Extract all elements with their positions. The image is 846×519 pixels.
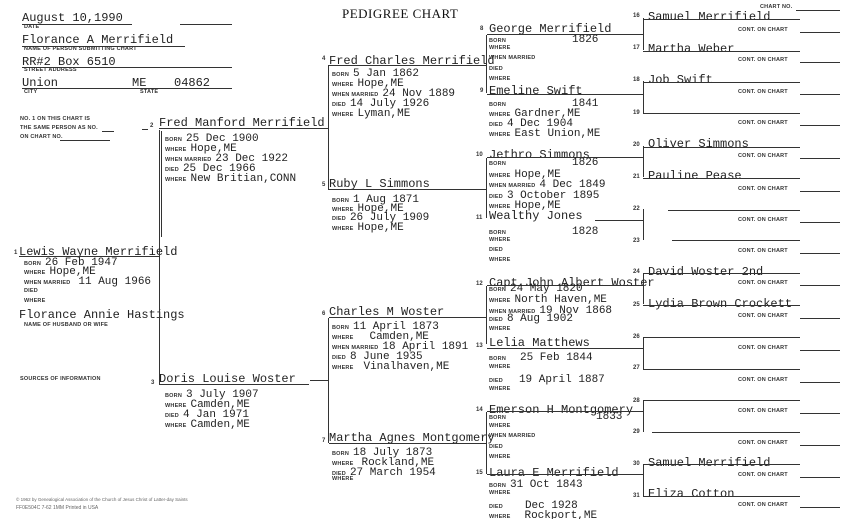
person-1-married[interactable]: 11 Aug 1966 <box>74 276 151 288</box>
spouse-label: NAME OF HUSBAND OR WIFE <box>24 322 108 328</box>
page-title: PEDIGREE CHART <box>342 6 458 22</box>
person-25-name[interactable]: Lydia Brown Crockett <box>648 297 792 311</box>
city-label: CITY <box>24 89 37 95</box>
person-13-born[interactable]: 25 Feb 1844 <box>510 352 593 364</box>
date-label: DATE <box>24 24 39 30</box>
person-13-died[interactable]: 19 April 1887 <box>507 374 605 386</box>
sources-label[interactable]: SOURCES OF INFORMATION <box>20 376 101 382</box>
submitter-name[interactable]: Florance A Merrifield <box>22 33 173 47</box>
person-30-name[interactable]: Samuel Merrifield <box>648 456 770 470</box>
state-label: STATE <box>140 89 158 95</box>
person-14-born[interactable]: 1833 <box>510 411 622 423</box>
person-4-where-died[interactable]: Lyman,ME <box>357 108 410 120</box>
chart-no-field[interactable] <box>796 10 840 11</box>
person-number: 1 <box>14 250 17 256</box>
person-3-where-died[interactable]: Camden,ME <box>190 419 249 431</box>
submitter-name-label: NAME OF PERSON SUBMITTING CHART <box>24 46 137 52</box>
person-18-name[interactable]: Job Swift <box>648 73 713 87</box>
person-7-died[interactable]: 27 March 1954 <box>350 467 436 479</box>
person-11-name[interactable]: Wealthy Jones <box>489 209 583 223</box>
person-8-born[interactable]: 1826 <box>510 34 598 46</box>
person-31-name[interactable]: Eliza Cotton <box>648 487 734 501</box>
street-label: STREET ADDRESS <box>24 67 77 73</box>
person-6-where-died[interactable]: Vinalhaven,ME <box>357 361 449 373</box>
person-12-died[interactable]: 8 Aug 1902 <box>507 313 573 325</box>
person-10-born[interactable]: 1826 <box>510 157 598 169</box>
note-line2: THE SAME PERSON AS NO. <box>20 125 98 131</box>
person-9-name[interactable]: Emeline Swift <box>489 84 583 98</box>
form-number: FF0E504C 7-62 1MM Printed in USA <box>16 505 98 511</box>
person-20-name[interactable]: Oliver Simmons <box>648 137 749 151</box>
person-5-where-died[interactable]: Hope,ME <box>357 222 403 234</box>
note-line1: NO. 1 ON THIS CHART IS <box>20 116 90 122</box>
person-24-name[interactable]: David Woster 2nd <box>648 265 763 279</box>
person-21-name[interactable]: Pauline Pease <box>648 169 742 183</box>
person-15-name[interactable]: Laura E Merrifield <box>489 466 619 480</box>
submitter-date[interactable]: August 10,1990 <box>22 11 123 25</box>
person-17-name[interactable]: Martha Weber <box>648 42 734 56</box>
person-11-born[interactable]: 1828 <box>510 226 598 238</box>
person-16-name[interactable]: Samuel Merrifield <box>648 10 770 24</box>
person-9-where-died[interactable]: East Union,ME <box>514 128 600 140</box>
person-15-born[interactable]: 31 Oct 1843 <box>510 479 583 491</box>
person-15-where-died[interactable]: Rockport,ME <box>514 510 597 519</box>
note-line3: ON CHART NO. <box>20 134 63 140</box>
person-2-where-died[interactable]: New Britian,CONN <box>190 173 296 185</box>
copyright-line: © 1962 by Genealogical Association of th… <box>16 497 188 502</box>
